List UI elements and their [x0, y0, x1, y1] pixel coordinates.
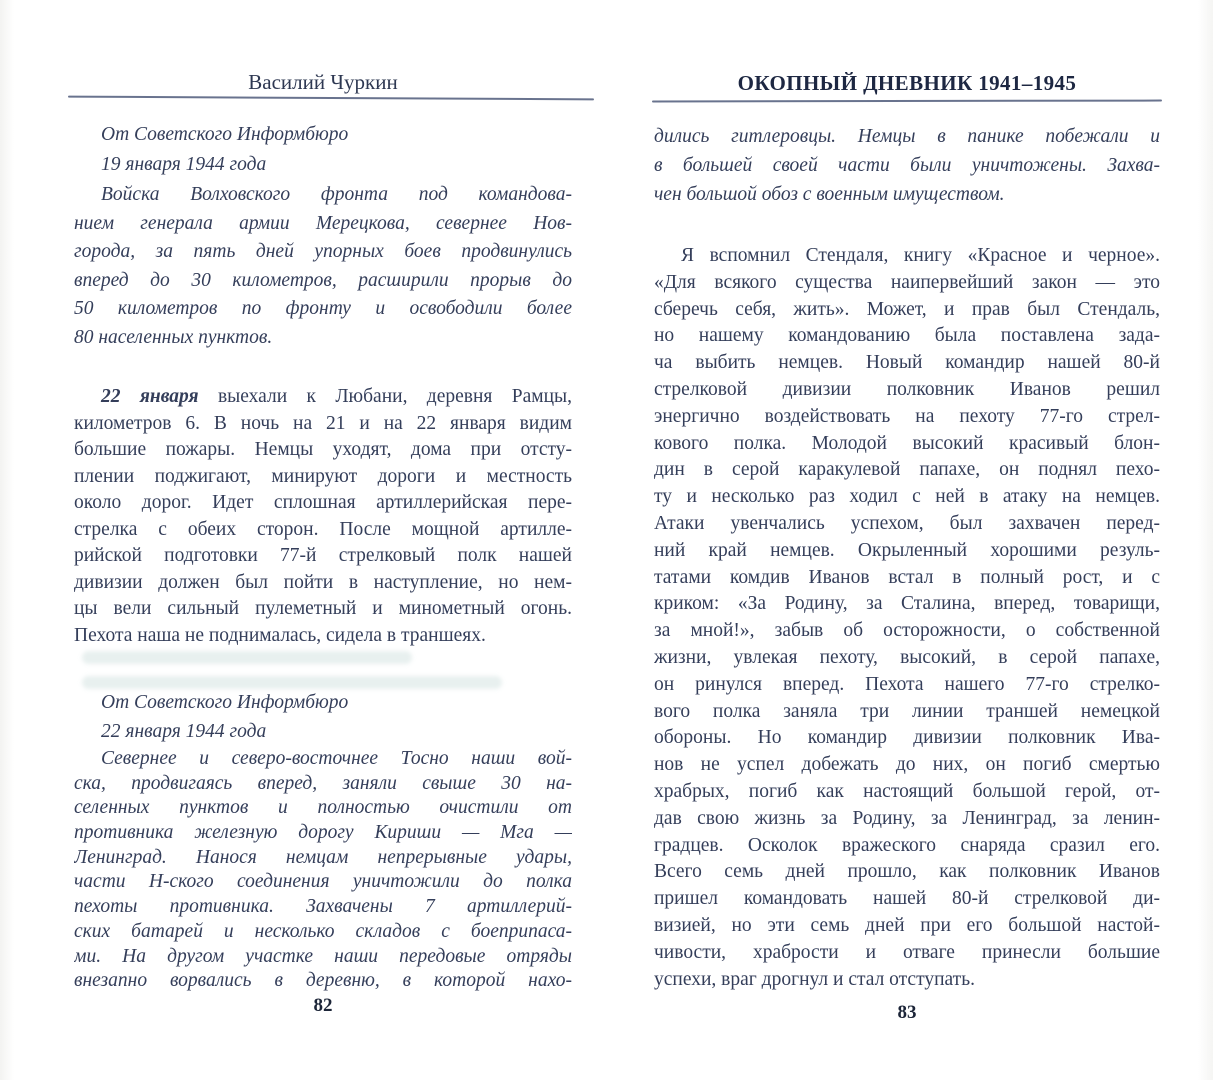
- text-line: Пехота наша не поднималась, сидела в тра…: [74, 623, 572, 650]
- text-line: обороны. Но командир дивизии полковник И…: [654, 725, 1160, 752]
- text-line: Севернее и северо-восточнее Тосно наши в…: [74, 747, 572, 772]
- diary-entry-jan22: 22 января выехали к Любани, деревня Рамц…: [74, 384, 572, 649]
- sovinform-jan22-body: Севернее и северо-восточнее Тосно наши в…: [74, 747, 572, 994]
- text-line: ми. На другом участке наши передовые отр…: [74, 945, 572, 970]
- text-line: нов не успел добежать до них, он погиб с…: [654, 752, 1160, 779]
- text-line: цы вели сильный пулеметный и минометный …: [74, 596, 572, 623]
- right-page-number: 83: [654, 1002, 1160, 1024]
- text-line: за мной!», забыв об осторожности, о собс…: [654, 618, 1160, 645]
- text-line: Я вспомнил Стендаля, книгу «Красное и че…: [654, 243, 1160, 270]
- text-line: пехоты противника. Захвачены 7 артиллери…: [74, 895, 572, 920]
- text-line: криком: «За Родину, за Сталина, вперед, …: [654, 591, 1160, 618]
- text-line: 19 января 1944 года: [74, 150, 572, 180]
- text-line: сберечь себя, жить». Может, и прав был С…: [654, 297, 1160, 324]
- text-line: ту и несколько раз ходил с ней в атаку н…: [654, 484, 1160, 511]
- text-line: Атаки увенчались успехом, был захвачен п…: [654, 511, 1160, 538]
- right-running-head-rule: [652, 100, 1162, 103]
- text-line: 50 километров по фронту и освободили бол…: [74, 295, 572, 324]
- text-line: От Советского Информбюро: [74, 688, 572, 717]
- text-line: ча выбить немцев. Новый командир нашей 8…: [654, 350, 1160, 377]
- text-line: ний край немцев. Окрыленный хорошими рез…: [654, 538, 1160, 565]
- text-line: Всего семь дней прошло, как полковник Ив…: [654, 859, 1160, 886]
- text-line: города, за пять дней упорных боев продви…: [74, 238, 572, 267]
- right-page: ОКОПНЫЙ ДНЕВНИК 1941–1945 дились гитлеро…: [654, 0, 1160, 1080]
- text-line: стрелка с обеих сторон. После мощной арт…: [74, 517, 572, 544]
- diary-paragraph: Я вспомнил Стендаля, книгу «Красное и че…: [654, 243, 1160, 993]
- text-line: противника железную дорогу Кириши — Мга …: [74, 821, 572, 846]
- text-line: дивизии должен был пойти в наступление, …: [74, 570, 572, 597]
- text-line: большие пожары. Немцы уходят, дома при о…: [74, 437, 572, 464]
- text-line: дились гитлеровцы. Немцы в панике побежа…: [654, 122, 1160, 151]
- text-line: ских батарей и несколько складов с боепр…: [74, 920, 572, 945]
- text-line: нием генерала армии Мерецкова, севернее …: [74, 210, 572, 239]
- text-line: километров 6. В ночь на 21 и на 22 январ…: [74, 411, 572, 438]
- text-line: дин в серой каракулевой папахе, он подня…: [654, 457, 1160, 484]
- text-line: успехи, враг дрогнул и стал отступать.: [654, 967, 1160, 994]
- text-line: чивости, храбрости и отваге принесли бол…: [654, 940, 1160, 967]
- diary-entry-date: 22 января: [101, 386, 199, 407]
- text-line: От Советского Информбюро: [74, 120, 572, 150]
- text-line: плении поджигают, минируют дороги и мест…: [74, 464, 572, 491]
- text-line: но нашему командованию была поставлена з…: [654, 323, 1160, 350]
- text-line: визией, но эти семь дней при его большой…: [654, 913, 1160, 940]
- text-line: части Н-ского соединения уничтожили до п…: [74, 870, 572, 895]
- text-line: дав свою жизнь за Родину, за Ленинград, …: [654, 806, 1160, 833]
- text-line: рийской подготовки 77-й стрелковый полк …: [74, 543, 572, 570]
- text-line: храбрых, погиб как настоящий большой гер…: [654, 779, 1160, 806]
- sovinform-jan19-body: Войска Волховского фронта под командова-…: [74, 181, 572, 352]
- diary-entry-first-line-text: выехали к Любани, деревня Рамцы,: [218, 386, 572, 407]
- bleedthrough-ghost: [82, 651, 412, 664]
- sovinform-continuation: дились гитлеровцы. Немцы в панике побежа…: [654, 122, 1160, 209]
- book-scan: Василий Чуркин От Советского Информбюро1…: [0, 0, 1213, 1080]
- left-running-head: Василий Чуркин: [74, 70, 572, 94]
- left-page-number: 82: [74, 995, 572, 1017]
- text-line: 22 января 1944 года: [74, 717, 572, 746]
- text-line: градцев. Осколок вражеского снаряда сраз…: [654, 833, 1160, 860]
- text-line: вого полка заняла три линии траншей неме…: [654, 699, 1160, 726]
- left-page: Василий Чуркин От Советского Информбюро1…: [74, 0, 572, 1080]
- text-line: Войска Волховского фронта под командова-: [74, 181, 572, 210]
- text-line: ска, продвигаясь вперед, заняли свыше 30…: [74, 772, 572, 797]
- diary-entry-first-line: 22 января выехали к Любани, деревня Рамц…: [74, 384, 572, 411]
- diary-entry-lines: километров 6. В ночь на 21 и на 22 январ…: [74, 411, 572, 650]
- text-line: «Для всякого существа наипервейший закон…: [654, 270, 1160, 297]
- text-line: селенных пунктов и полностью очистили от: [74, 796, 572, 821]
- text-line: татами комдив Иванов встал в полный рост…: [654, 565, 1160, 592]
- text-line: в большей своей части были уничтожены. З…: [654, 151, 1160, 180]
- text-line: жизни, увлекая пехоту, высокий, в серой …: [654, 645, 1160, 672]
- text-line: около дорог. Идет сплошная артиллерийска…: [74, 490, 572, 517]
- sovinform-jan22-heading: От Советского Информбюро22 января 1944 г…: [74, 688, 572, 746]
- text-line: чен большой обоз с военным имуществом.: [654, 180, 1160, 209]
- text-line: стрелковой дивизии полковник Иванов реши…: [654, 377, 1160, 404]
- text-line: энергично воздействовать на пехоту 77-го…: [654, 404, 1160, 431]
- text-line: он ринулся вперед. Пехота нашего 77-го с…: [654, 672, 1160, 699]
- right-running-head: ОКОПНЫЙ ДНЕВНИК 1941–1945: [654, 71, 1160, 95]
- sovinform-jan19-heading: От Советского Информбюро19 января 1944 г…: [74, 120, 572, 180]
- text-line: 80 населенных пунктов.: [74, 324, 572, 353]
- text-line: вперед до 30 километров, расширили проры…: [74, 267, 572, 296]
- text-line: Ленинград. Нанося немцам непрерывные уда…: [74, 846, 572, 871]
- text-line: кового полка. Молодой высокий красивый б…: [654, 431, 1160, 458]
- text-line: пришел командовать нашей 80-й стрелковой…: [654, 886, 1160, 913]
- text-line: внезапно ворвались в деревню, в которой …: [74, 969, 572, 994]
- left-running-head-rule: [68, 96, 594, 101]
